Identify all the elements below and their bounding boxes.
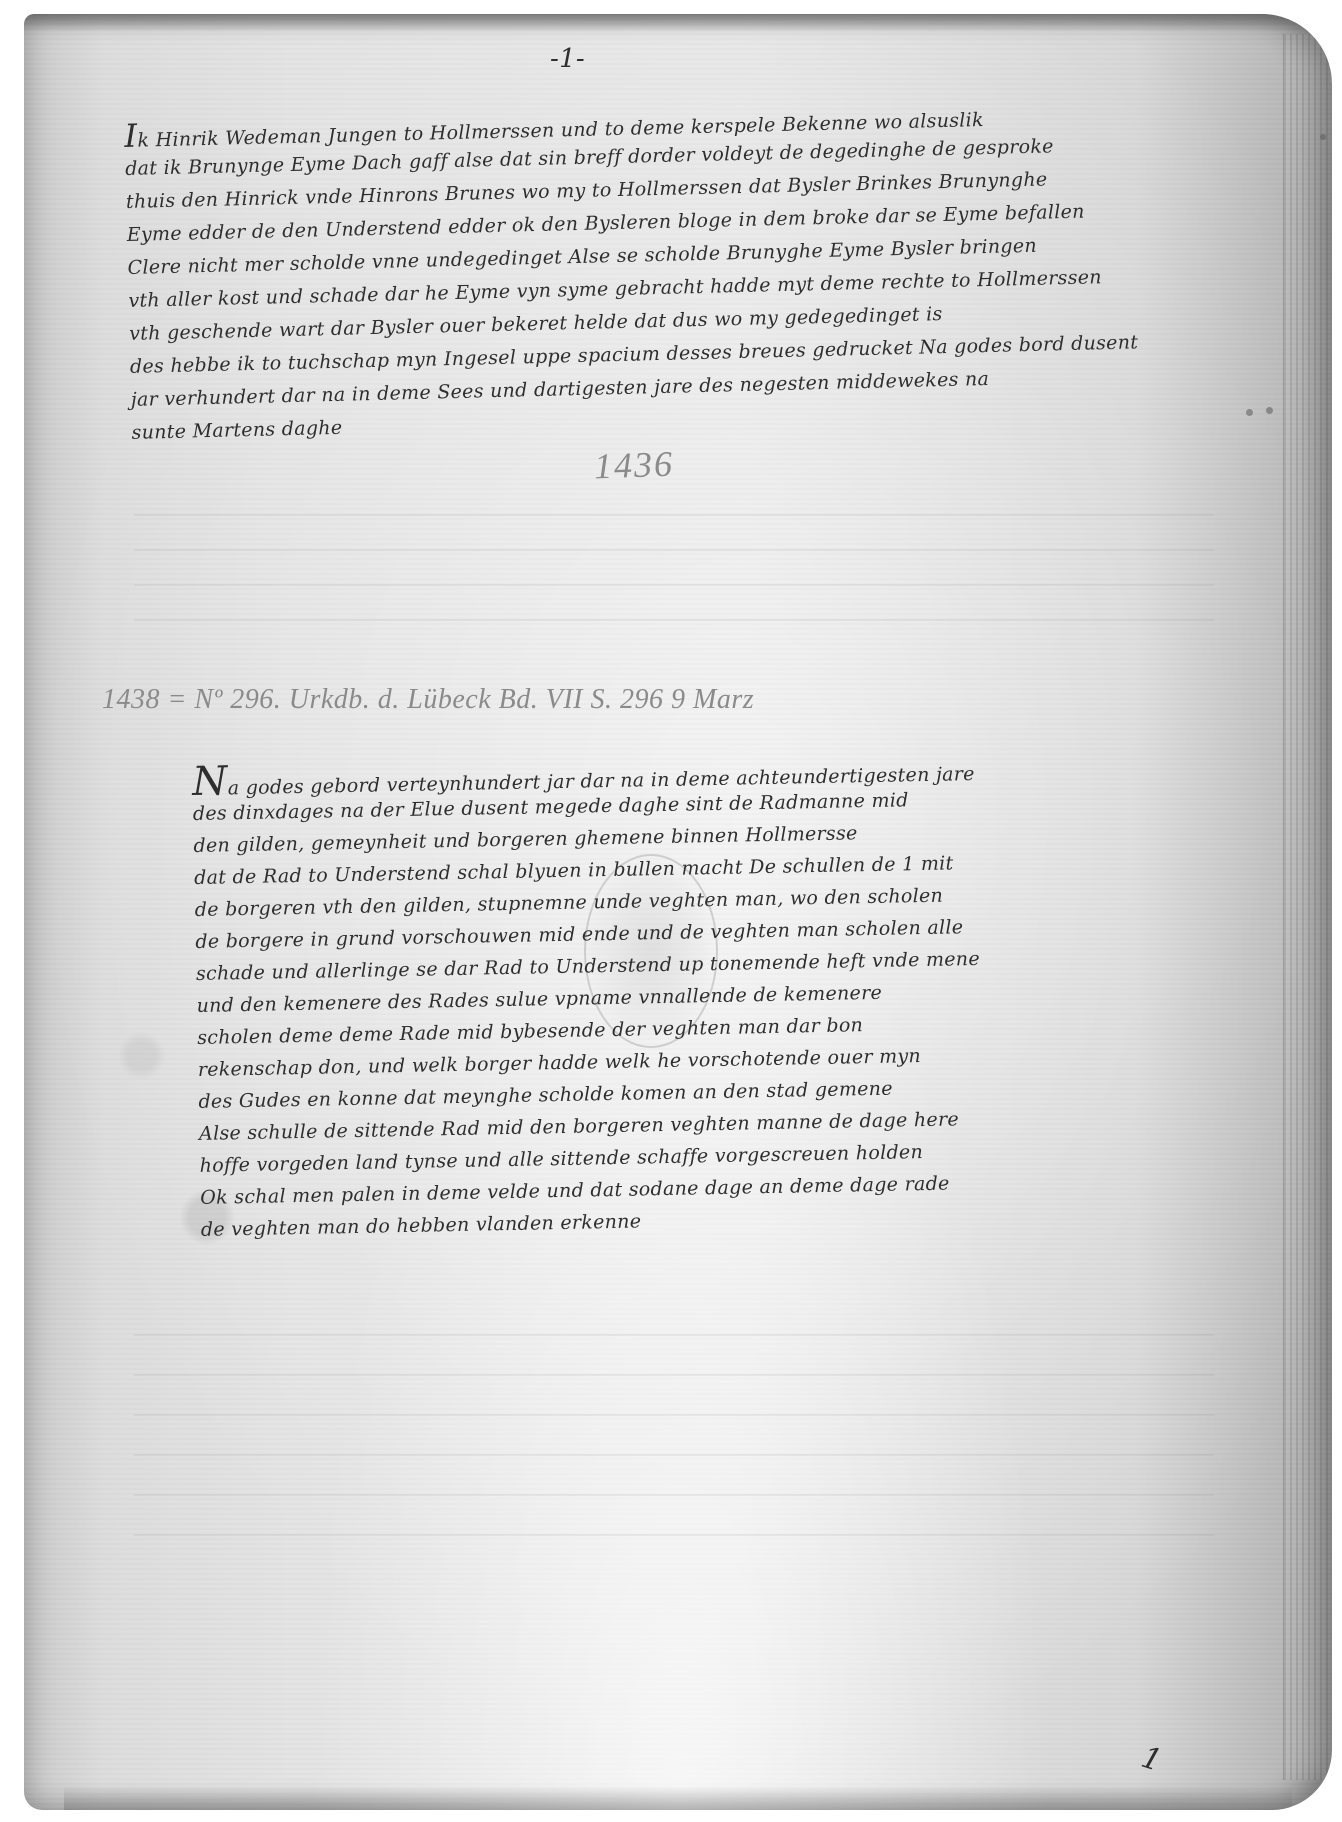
paragraph-1: Ik Hinrik Wedeman Jungen to Hollmerssen … (124, 95, 1140, 450)
manuscript-page: -1- Ik Hinrik Wedeman Jungen to Hollmers… (24, 14, 1332, 1810)
bleed-through-line (134, 514, 1214, 516)
bleed-through-line (134, 1494, 1214, 1496)
paragraph-2: Na godes gebord verteynhundert jar dar n… (192, 751, 985, 1246)
bleed-through-line (134, 1374, 1214, 1376)
archival-heading: 1438 = Nº 296. Urkdb. d. Lübeck Bd. VII … (102, 684, 754, 716)
bleed-through-line (134, 584, 1214, 586)
ink-spot (1320, 134, 1326, 140)
ink-spot (1266, 407, 1273, 414)
folio-number-bottom: 1 (1137, 1740, 1166, 1779)
page-right-edge (1283, 34, 1332, 1780)
bleed-through-line (134, 1334, 1214, 1336)
page-number-top: -1- (550, 44, 585, 74)
bleed-through-line (134, 1454, 1214, 1456)
ink-spot (1246, 409, 1253, 416)
bleed-through-line (134, 619, 1214, 621)
bleed-through-line (134, 1534, 1214, 1536)
bleed-through-line (134, 1414, 1214, 1416)
bleed-through-line (134, 549, 1214, 551)
date-annotation: 1436 (593, 443, 674, 488)
page-bottom-edge (64, 1786, 1292, 1810)
